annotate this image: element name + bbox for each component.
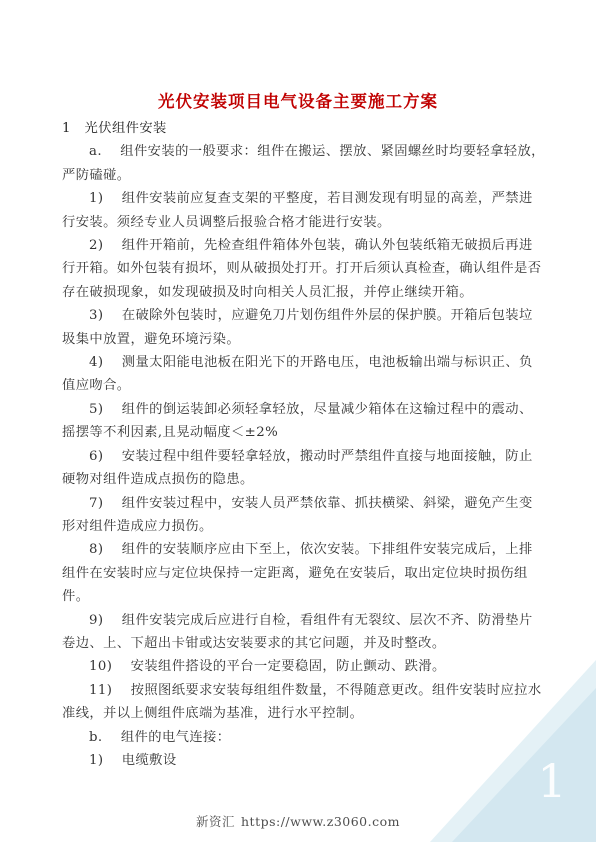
paragraph-line: 行开箱。如外包装有损坏，则从破损处打开。打开后须认真检查，确认组件是否 [62,257,540,280]
paragraph-line: b. 组件的电气连接： [62,726,540,749]
paragraph-line: 严防磕碰。 [62,164,540,187]
document-body: 1 光伏组件安装 a. 组件安装的一般要求：组件在搬运、摆放、紧固螺丝时均要轻拿… [62,117,540,772]
paragraph-line: 1) 电缆敷设 [62,749,540,772]
paragraph-line: 行安装。须经专业人员调整后报验合格才能进行安装。 [62,211,540,234]
paragraph-line: 3) 在破除外包装时，应避免刀片划伤组件外层的保护膜。开箱后包装垃 [62,304,540,327]
paragraph-line: a. 组件安装的一般要求：组件在搬运、摆放、紧固螺丝时均要轻拿轻放， [62,140,540,163]
paragraph-list: a. 组件安装的一般要求：组件在搬运、摆放、紧固螺丝时均要轻拿轻放，严防磕碰。1… [62,140,540,772]
paragraph-line: 9) 组件安装完成后应进行自检，看组件有无裂纹、层次不齐、防滑垫片 [62,609,540,632]
paragraph-line: 存在破损现象，如发现破损及时向相关人员汇报，并停止继续开箱。 [62,281,540,304]
paragraph-line: 件。 [62,585,540,608]
paragraph-line: 6) 安装过程中组件要轻拿轻放，搬动时严禁组件直接与地面接触，防止 [62,445,540,468]
paragraph-line: 摇摆等不利因素,且晃动幅度＜±2% [62,421,540,444]
paragraph-line: 值应吻合。 [62,374,540,397]
paragraph-line: 圾集中放置，避免环境污染。 [62,328,540,351]
section-heading: 1 光伏组件安装 [62,117,540,140]
paragraph-line: 10) 安装组件搭设的平台一定要稳固，防止颤动、跌滑。 [62,655,540,678]
paragraph-line: 形对组件造成应力损伤。 [62,515,540,538]
paragraph-line: 7) 组件安装过程中，安装人员严禁依靠、抓扶横梁、斜梁，避免产生变 [62,492,540,515]
paragraph-line: 准线，并以上侧组件底端为基准，进行水平控制。 [62,702,540,725]
page-number: 1 [527,756,577,806]
footer-url: https://www.z3060.com [241,814,400,829]
document-title: 光伏安装项目电气设备主要施工方案 [0,88,596,112]
paragraph-line: 4) 测量太阳能电池板在阳光下的开路电压，电池板输出端与标识正、负 [62,351,540,374]
footer-site-name: 新资汇 [196,814,235,829]
paragraph-line: 8) 组件的安装顺序应由下至上，依次安装。下排组件安装完成后，上排 [62,538,540,561]
paragraph-line: 卷边、上、下超出卡钳或达安装要求的其它问题，并及时整改。 [62,632,540,655]
footer-watermark: 新资汇https://www.z3060.com [0,812,596,830]
paragraph-line: 组件在安装时应与定位块保持一定距离，避免在安装后，取出定位块时损伤组 [62,562,540,585]
paragraph-line: 1) 组件安装前应复查支架的平整度，若目测发现有明显的高差，严禁进 [62,187,540,210]
paragraph-line: 11) 按照图纸要求安装每组组件数量，不得随意更改。组件安装时应拉水 [62,679,540,702]
document-page: 光伏安装项目电气设备主要施工方案 1 光伏组件安装 a. 组件安装的一般要求：组… [0,0,596,842]
paragraph-line: 5) 组件的倒运装卸必须轻拿轻放，尽量减少箱体在这输过程中的震动、 [62,398,540,421]
paragraph-line: 2) 组件开箱前，先检查组件箱体外包装，确认外包装纸箱无破损后再进 [62,234,540,257]
paragraph-line: 硬物对组件造成点损伤的隐患。 [62,468,540,491]
